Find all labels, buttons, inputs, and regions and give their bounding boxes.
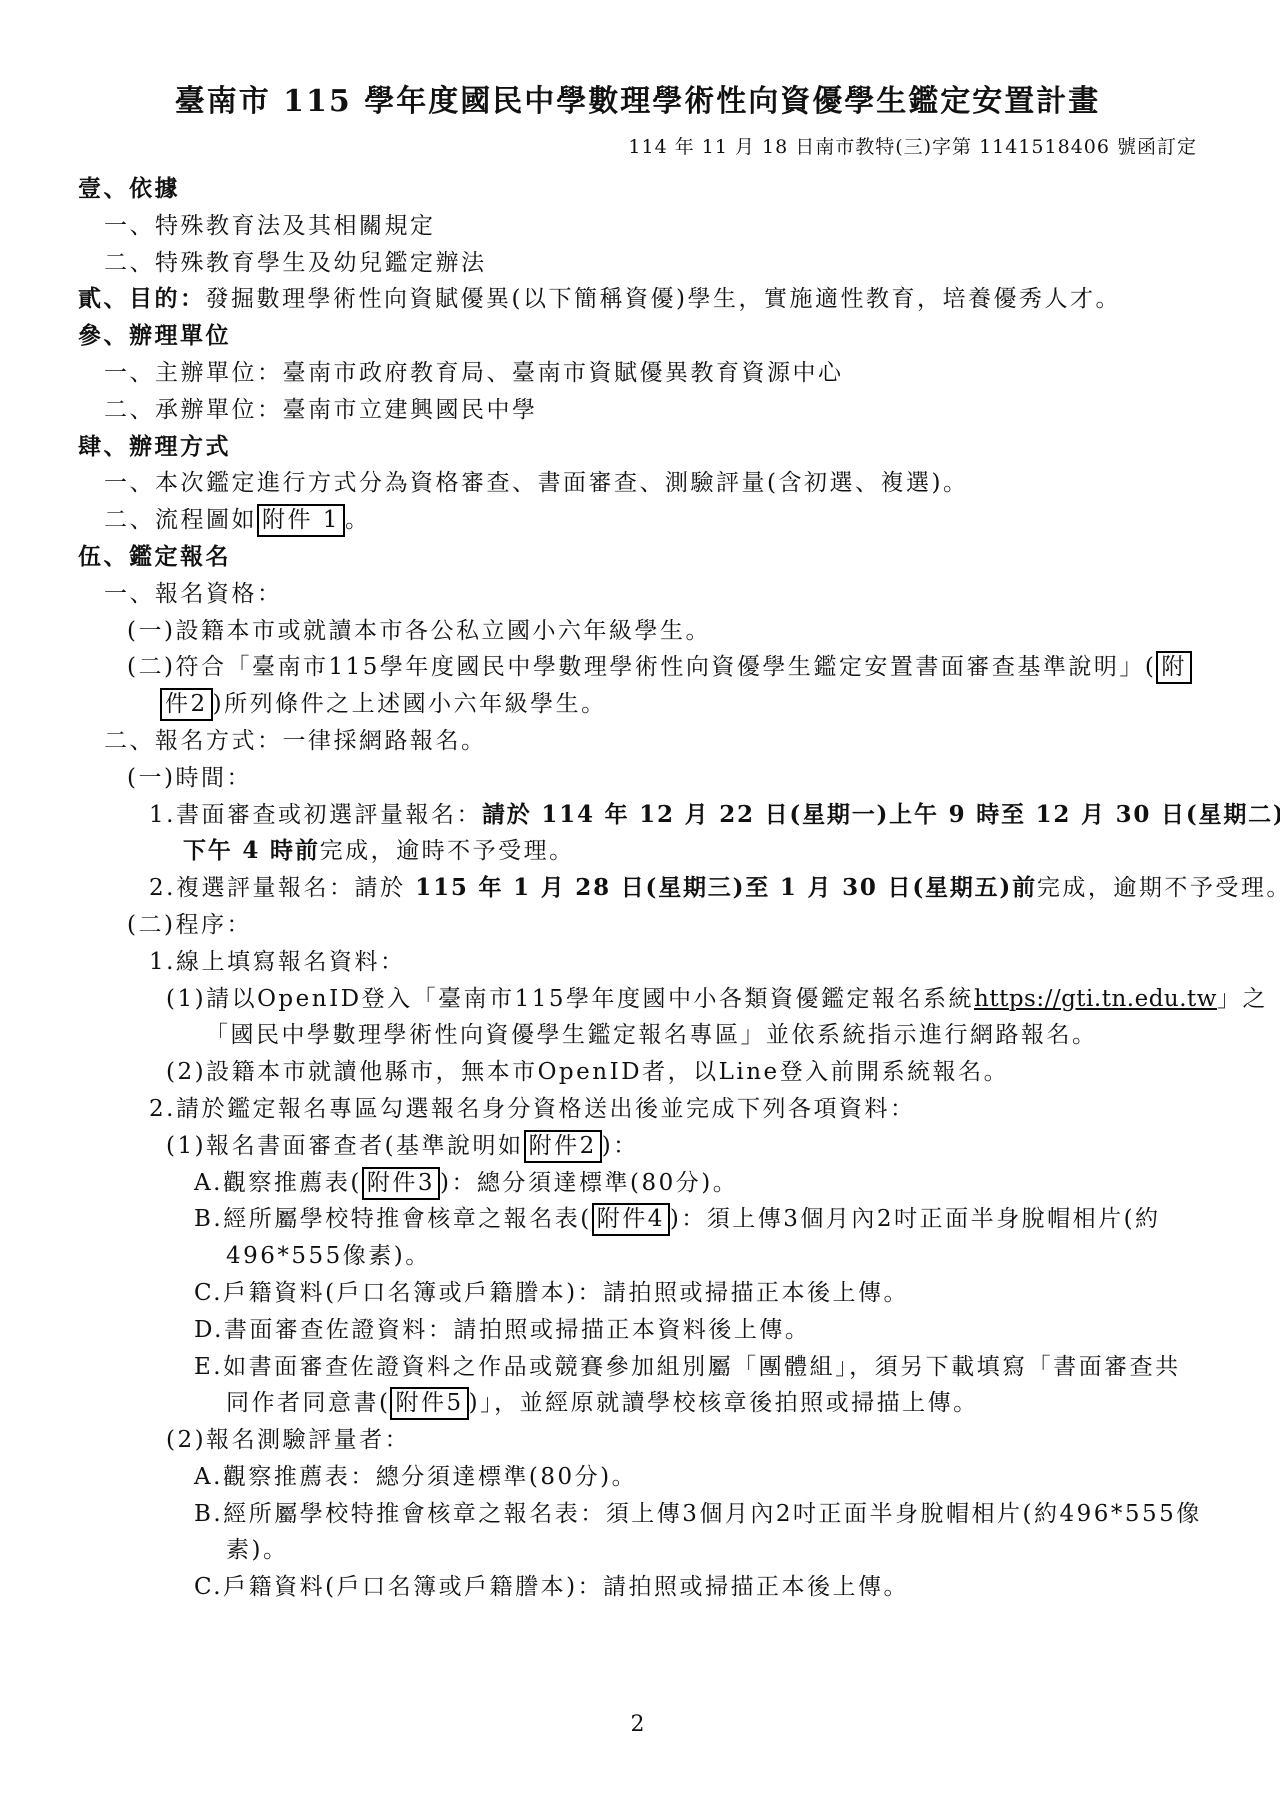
- document-line: 2.複選評量報名：請於 115 年 1 月 28 日(星期三)至 1 月 30 …: [0, 870, 1280, 907]
- text-run: (1)請以OpenID登入「臺南市115學年度國中小各類資優鑑定報名系統: [166, 986, 974, 1012]
- document-line: 一、特殊教育法及其相關規定: [0, 208, 1280, 245]
- text-run: 壹、依據: [78, 175, 180, 202]
- text-run: 請於 114 年 12 月 22 日(星期一)上午 9 時至 12 月 30 日…: [482, 801, 1280, 828]
- document-page: 臺南市 115 學年度國民中學數理學術性向資優學生鑑定安置計畫 114 年 11…: [0, 0, 1280, 1810]
- text-run: 。: [345, 507, 371, 533]
- text-run: C.戶籍資料(戶口名簿或戶籍謄本)：請拍照或掃描正本後上傳。: [194, 1574, 909, 1600]
- text-run: )所列條件之上述國小六年級學生。: [213, 691, 607, 717]
- document-line: 2.請於鑑定報名專區勾選報名身分資格送出後並完成下列各項資料：: [0, 1091, 1280, 1128]
- document-body: 壹、依據一、特殊教育法及其相關規定二、特殊教育學生及幼兒鑑定辦法貳、目的：發掘數…: [0, 171, 1280, 1606]
- text-run: A.觀察推薦表：總分須達標準(80分)。: [194, 1464, 637, 1490]
- text-run: 發掘數理學術性向資賦優異(以下簡稱資優)學生，實施適性教育，培養優秀人才。: [206, 286, 1121, 312]
- document-line: 一、本次鑑定進行方式分為資格審查、書面審查、測驗評量(含初選、複選)。: [0, 465, 1280, 502]
- attachment-ref-box: 附件2: [524, 1130, 602, 1163]
- document-line: 壹、依據: [0, 171, 1280, 208]
- document-line: C.戶籍資料(戶口名簿或戶籍謄本)：請拍照或掃描正本後上傳。: [0, 1275, 1280, 1312]
- attachment-ref-box: 附件4: [592, 1203, 670, 1236]
- text-run: )：總分須達標準(80分)。: [440, 1170, 738, 1196]
- document-line: 件2)所列條件之上述國小六年級學生。: [0, 686, 1280, 723]
- document-line: 496*555像素)。: [0, 1238, 1280, 1275]
- document-line: (2)報名測驗評量者：: [0, 1422, 1280, 1459]
- document-line: (二)程序：: [0, 907, 1280, 944]
- document-line: 同作者同意書(附件5)」，並經原就讀學校核章後拍照或掃描上傳。: [0, 1385, 1280, 1422]
- text-run: B.經所屬學校特推會核章之報名表(: [194, 1206, 592, 1232]
- document-line: (1)請以OpenID登入「臺南市115學年度國中小各類資優鑑定報名系統http…: [0, 981, 1280, 1018]
- document-line: B.經所屬學校特推會核章之報名表：須上傳3個月內2吋正面半身脫帽相片(約496*…: [0, 1496, 1280, 1533]
- text-run: 二、特殊教育學生及幼兒鑑定辦法: [104, 250, 487, 276]
- text-run: 1.書面審查或初選評量報名：: [149, 802, 482, 828]
- text-run: 二、報名方式：一律採網路報名。: [104, 728, 487, 754]
- attachment-ref-box: 附: [1156, 651, 1192, 684]
- text-run: 1.線上填寫報名資料：: [149, 949, 405, 975]
- text-run: 一、本次鑑定進行方式分為資格審查、書面審查、測驗評量(含初選、複選)。: [104, 470, 968, 496]
- document-line: 下午 4 時前完成，逾時不予受理。: [0, 833, 1280, 870]
- text-run: D.書面審查佐證資料：請拍照或掃描正本資料後上傳。: [194, 1317, 810, 1343]
- text-run: 二、流程圖如: [104, 507, 257, 533]
- text-run: 2.請於鑑定報名專區勾選報名身分資格送出後並完成下列各項資料：: [149, 1096, 915, 1122]
- text-run: 2.複選評量報名：請於: [149, 875, 415, 901]
- text-run: C.戶籍資料(戶口名簿或戶籍謄本)：請拍照或掃描正本後上傳。: [194, 1280, 909, 1306]
- document-line: 肆、辦理方式: [0, 429, 1280, 466]
- document-line: 1.書面審查或初選評量報名：請於 114 年 12 月 22 日(星期一)上午 …: [0, 797, 1280, 834]
- document-line: 二、流程圖如附件 1。: [0, 502, 1280, 539]
- text-run: (1)報名書面審查者(基準說明如: [166, 1133, 524, 1159]
- document-line: 素)。: [0, 1532, 1280, 1569]
- text-run: 參、辦理單位: [78, 322, 231, 349]
- document-line: (2)設籍本市就讀他縣市，無本市OpenID者，以Line登入前開系統報名。: [0, 1054, 1280, 1091]
- document-line: A.觀察推薦表：總分須達標準(80分)。: [0, 1459, 1280, 1496]
- text-run: 伍、鑑定報名: [78, 543, 231, 570]
- document-line: 二、承辦單位：臺南市立建興國民中學: [0, 392, 1280, 429]
- text-run: (2)報名測驗評量者：: [166, 1427, 410, 1453]
- text-run: (二)程序：: [127, 912, 252, 938]
- text-run: 496*555像素)。: [226, 1243, 431, 1269]
- text-run: E.如書面審查佐證資料之作品或競賽參加組別屬「團體組」，須另下載填寫「書面審查共: [194, 1354, 1181, 1380]
- text-run: B.經所屬學校特推會核章之報名表：須上傳3個月內2吋正面半身脫帽相片(約496*…: [194, 1501, 1202, 1527]
- text-run: 完成，逾期不予受理。: [1037, 875, 1280, 901]
- text-run: 「國民中學數理學術性向資優學生鑑定報名專區」並依系統指示進行網路報名。: [205, 1022, 1098, 1048]
- document-line: (一)設籍本市或就讀本市各公私立國小六年級學生。: [0, 613, 1280, 650]
- document-line: C.戶籍資料(戶口名簿或戶籍謄本)：請拍照或掃描正本後上傳。: [0, 1569, 1280, 1606]
- text-run: )：須上傳3個月內2吋正面半身脫帽相片(約: [670, 1206, 1161, 1232]
- text-run: 肆、辦理方式: [78, 433, 231, 460]
- text-run: 一、特殊教育法及其相關規定: [104, 213, 436, 239]
- attachment-ref-box: 件2: [160, 688, 213, 721]
- document-line: 貳、目的：發掘數理學術性向資賦優異(以下簡稱資優)學生，實施適性教育，培養優秀人…: [0, 281, 1280, 318]
- document-line: 參、辦理單位: [0, 318, 1280, 355]
- document-line: 二、報名方式：一律採網路報名。: [0, 723, 1280, 760]
- system-url-link[interactable]: https://gti.tn.edu.tw: [974, 986, 1217, 1012]
- page-number: 2: [78, 1712, 1197, 1737]
- text-run: 素)。: [226, 1537, 288, 1563]
- text-run: 同作者同意書(: [226, 1390, 390, 1416]
- text-run: 二、承辦單位：臺南市立建興國民中學: [104, 397, 538, 423]
- text-run: 貳、目的：: [78, 285, 206, 312]
- text-run: 」之: [1217, 986, 1268, 1012]
- document-line: (二)符合「臺南市115學年度國民中學數理學術性向資優學生鑑定安置書面審查基準說…: [0, 649, 1280, 686]
- text-run: )：: [602, 1133, 639, 1159]
- document-line: E.如書面審查佐證資料之作品或競賽參加組別屬「團體組」，須另下載填寫「書面審查共: [0, 1349, 1280, 1386]
- text-run: 一、報名資格：: [104, 581, 283, 607]
- document-line: 二、特殊教育學生及幼兒鑑定辦法: [0, 245, 1280, 282]
- text-run: )」，並經原就讀學校核章後拍照或掃描上傳。: [469, 1390, 979, 1416]
- document-line: (一)時間：: [0, 760, 1280, 797]
- text-run: A.觀察推薦表(: [194, 1170, 362, 1196]
- text-run: (2)設籍本市就讀他縣市，無本市OpenID者，以Line登入前開系統報名。: [166, 1059, 1009, 1085]
- document-line: 伍、鑑定報名: [0, 539, 1280, 576]
- revision-note: 114 年 11 月 18 日南市教特(三)字第 1141518406 號函訂定: [78, 132, 1197, 159]
- document-line: 一、報名資格：: [0, 576, 1280, 613]
- document-line: 一、主辦單位：臺南市政府教育局、臺南市資賦優異教育資源中心: [0, 355, 1280, 392]
- text-run: (一)時間：: [127, 765, 252, 791]
- document-line: 1.線上填寫報名資料：: [0, 944, 1280, 981]
- text-run: 115 年 1 月 28 日(星期三)至 1 月 30 日(星期五)前: [415, 874, 1037, 901]
- text-run: 一、主辦單位：臺南市政府教育局、臺南市資賦優異教育資源中心: [104, 360, 844, 386]
- attachment-ref-box: 附件3: [362, 1167, 440, 1200]
- text-run: (一)設籍本市或就讀本市各公私立國小六年級學生。: [127, 618, 711, 644]
- attachment-ref-box: 附件 1: [257, 504, 345, 537]
- text-run: 完成，逾時不予受理。: [320, 838, 575, 864]
- document-line: D.書面審查佐證資料：請拍照或掃描正本資料後上傳。: [0, 1312, 1280, 1349]
- document-line: (1)報名書面審查者(基準說明如附件2)：: [0, 1128, 1280, 1165]
- document-line: B.經所屬學校特推會核章之報名表(附件4)：須上傳3個月內2吋正面半身脫帽相片(…: [0, 1201, 1280, 1238]
- attachment-ref-box: 附件5: [390, 1387, 468, 1420]
- document-line: A.觀察推薦表(附件3)：總分須達標準(80分)。: [0, 1165, 1280, 1202]
- text-run: 下午 4 時前: [183, 837, 320, 864]
- text-run: (二)符合「臺南市115學年度國民中學數理學術性向資優學生鑑定安置書面審查基準說…: [127, 654, 1156, 680]
- document-line: 「國民中學數理學術性向資優學生鑑定報名專區」並依系統指示進行網路報名。: [0, 1017, 1280, 1054]
- page-title: 臺南市 115 學年度國民中學數理學術性向資優學生鑑定安置計畫: [78, 76, 1197, 120]
